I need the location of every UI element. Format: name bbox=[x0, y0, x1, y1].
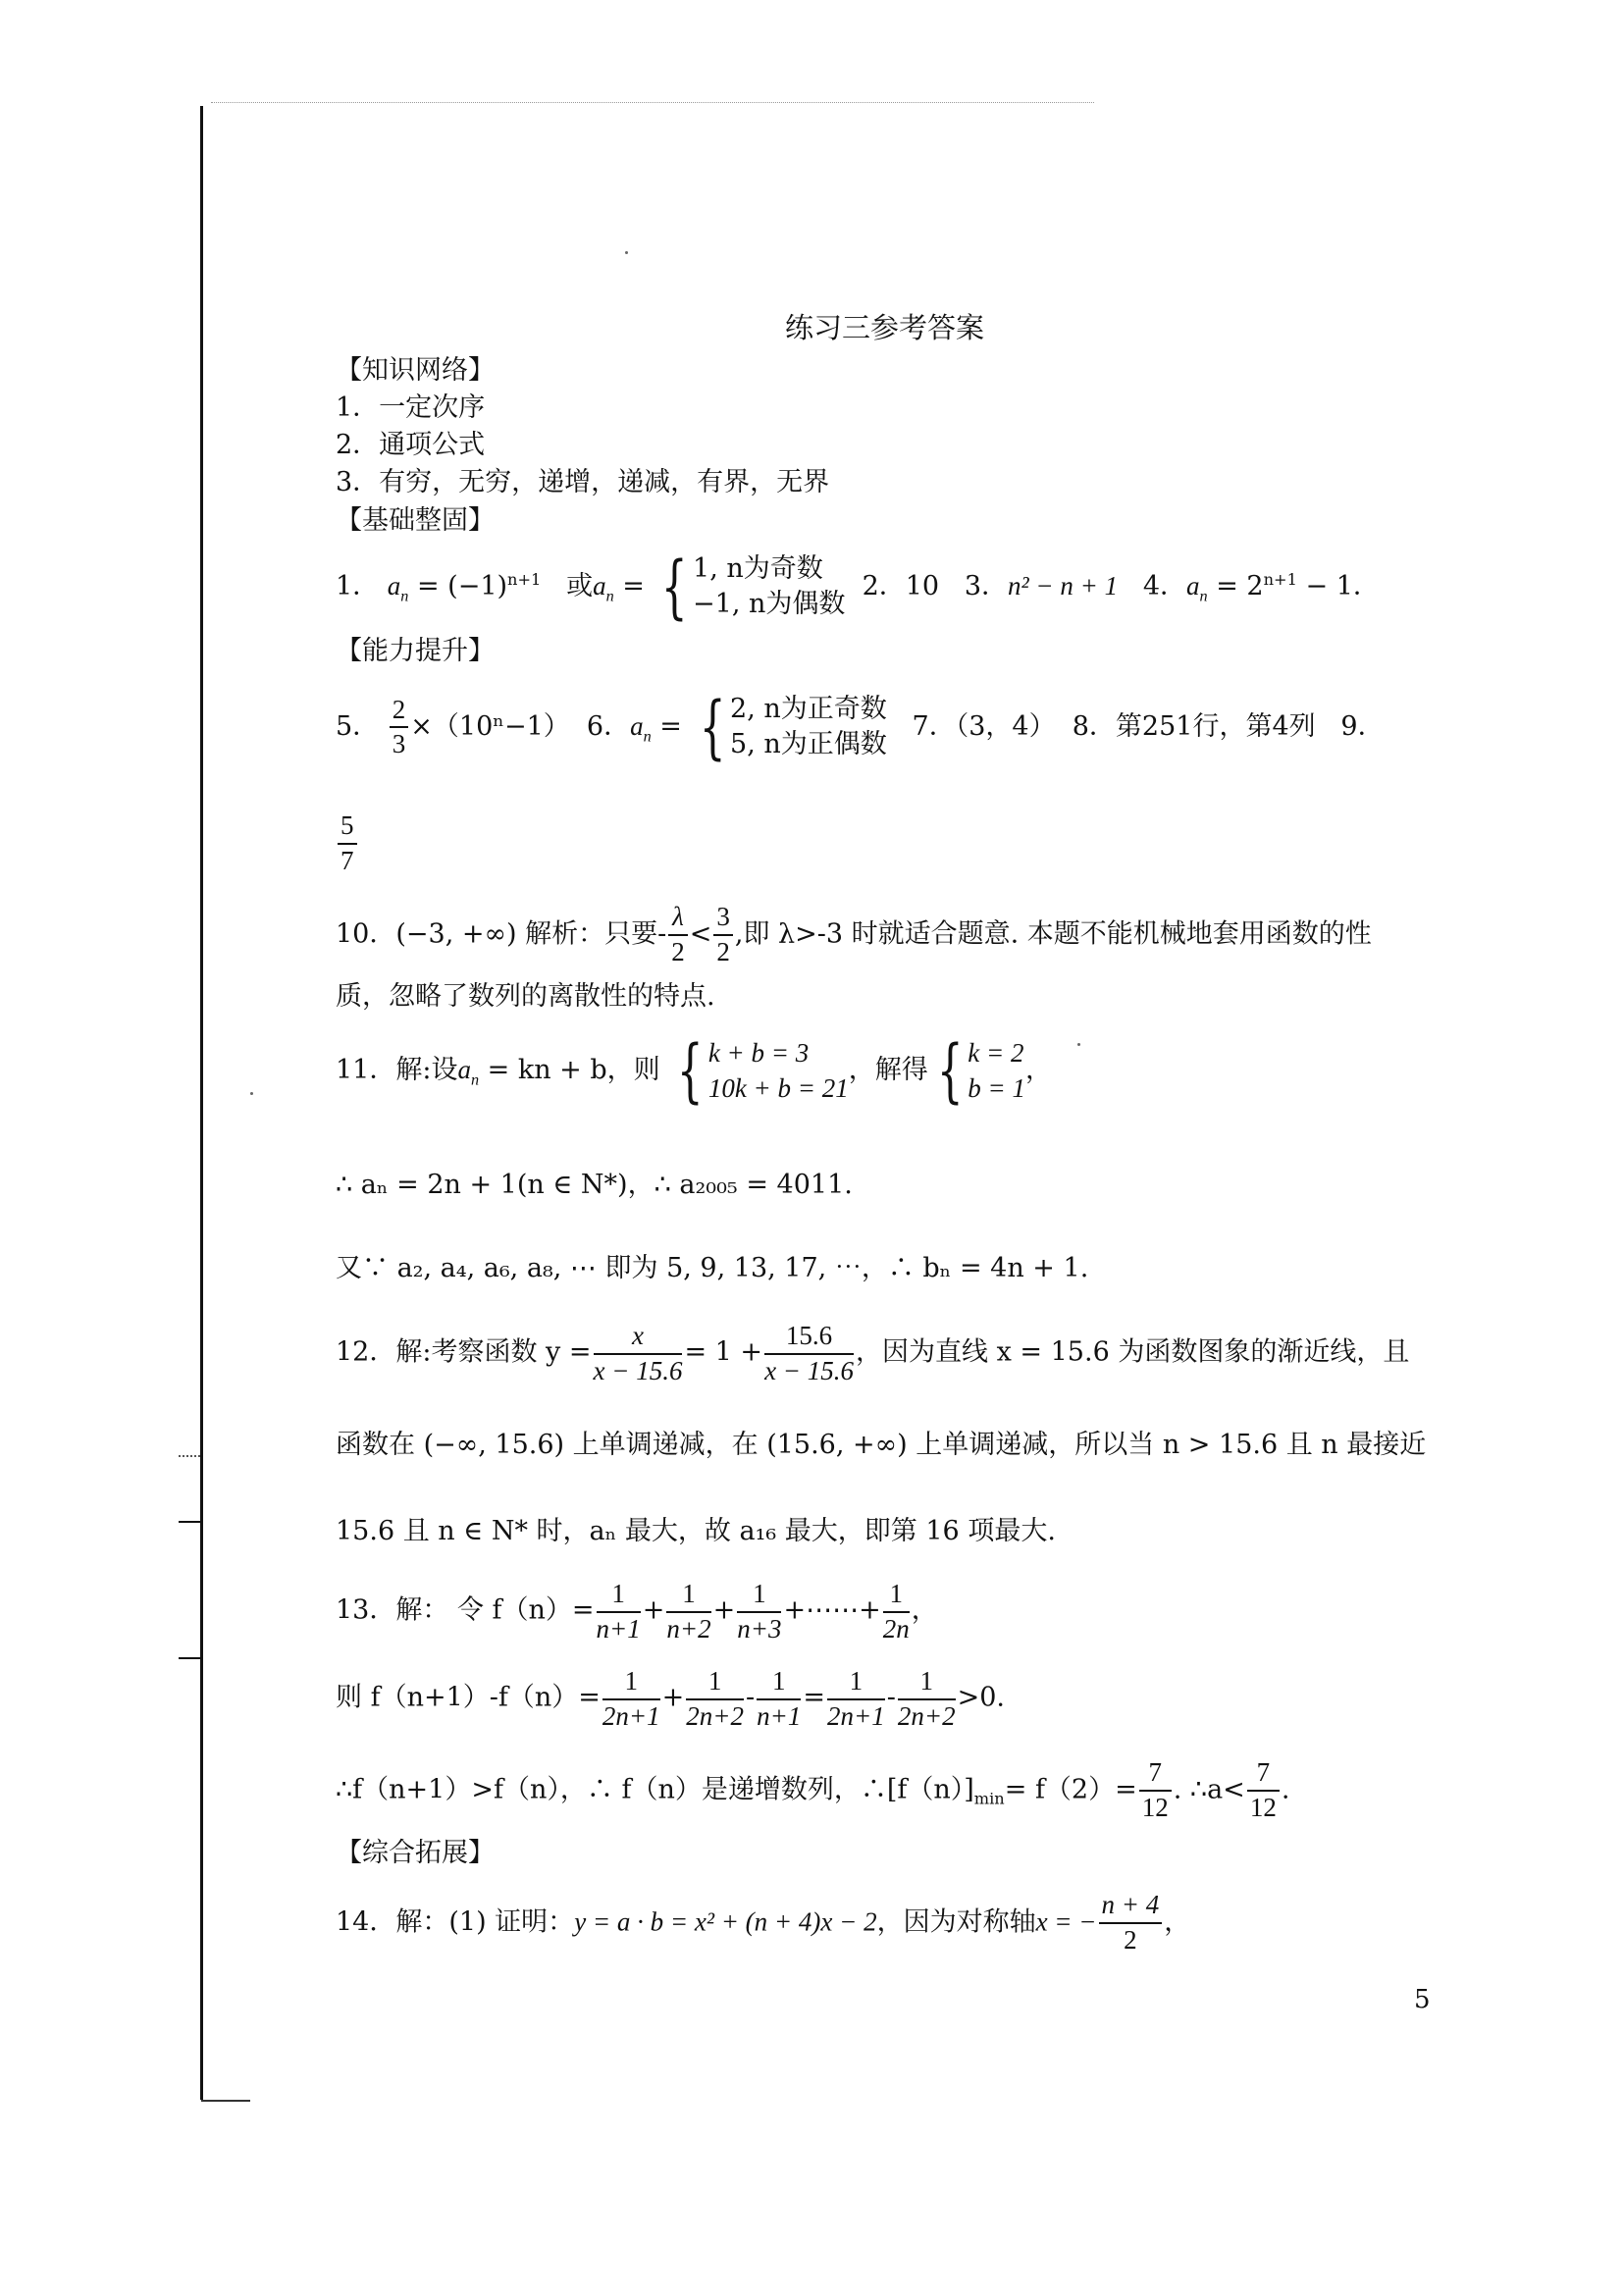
brace-icon: { bbox=[677, 1036, 704, 1105]
page-number: 5 bbox=[1414, 1985, 1431, 2014]
q9-answer: 57 bbox=[336, 809, 359, 878]
section-heading-extension: 【综合拓展】 bbox=[336, 1838, 495, 1869]
q3-answer: n² − n + 1 bbox=[1008, 571, 1118, 600]
section-heading-ability: 【能力提升】 bbox=[336, 636, 495, 667]
document-title: 练习三参考答案 bbox=[785, 306, 984, 346]
brace-icon: { bbox=[699, 693, 725, 761]
page-bottom-border bbox=[201, 2100, 250, 2102]
q10-line-2: 质，忽略了数列的离散性的特点. bbox=[336, 981, 715, 1013]
answer-line-1-4: 1． an = (−1)n+1 或an = { 1, n为奇数 −1, n为偶数… bbox=[336, 551, 1380, 623]
knowledge-item: 2．通项公式 bbox=[336, 430, 485, 461]
margin-tick bbox=[179, 1455, 200, 1457]
q11-line-2: ∴ aₙ = 2n + 1(n ∈ N*)，∴ a₂₀₀₅ = 4011. bbox=[336, 1170, 853, 1201]
q1-number: 1． bbox=[336, 571, 379, 601]
margin-tick bbox=[179, 1657, 200, 1659]
page-top-border bbox=[211, 102, 1094, 104]
q2-answer: 2．10 bbox=[863, 571, 940, 601]
section-heading-knowledge: 【知识网络】 bbox=[336, 355, 495, 387]
fraction: 57 bbox=[338, 809, 357, 878]
q11-line-3: 又∵ a₂, a₄, a₆, a₈, ⋯ 即为 5, 9, 13, 17, ⋯，… bbox=[336, 1253, 1088, 1284]
answer-line-5-9: 5． 23×（10ⁿ−1） 6．an = { 2, n为正奇数 5, n为正偶数… bbox=[336, 692, 1385, 763]
q6-piecewise: { 2, n为正奇数 5, n为正偶数 bbox=[691, 692, 887, 763]
q10-answer: (−3, +∞) bbox=[395, 918, 516, 949]
q14-line-1: 14．解：(1) 证明：y = a · b = x² + (n + 4)x − … bbox=[336, 1889, 1190, 1957]
brace-icon: { bbox=[661, 552, 688, 621]
q1-piecewise: { 1, n为奇数 −1, n为偶数 bbox=[653, 551, 845, 623]
knowledge-item: 3．有穷，无穷，递增，递减，有界，无界 bbox=[336, 467, 829, 498]
page-left-border bbox=[200, 106, 203, 2100]
q12-line-3: 15.6 且 n ∈ N* 时，aₙ 最大，故 a₁₆ 最大，即第 16 项最大… bbox=[336, 1516, 1056, 1547]
scan-speck bbox=[250, 1092, 253, 1095]
section-heading-basic: 【基础整固】 bbox=[336, 505, 495, 537]
scan-speck bbox=[625, 251, 628, 254]
q13-line-3: ∴f（n+1）>f（n），∴ f（n）是递增数列，∴[f（n）]min= f（2… bbox=[336, 1756, 1289, 1825]
q11-line-1: 11．解:设an = kn + b，则 {k + b = 310k + b = … bbox=[336, 1035, 1052, 1107]
q12-line-2: 函数在 (−∞, 15.6) 上单调递减，在 (15.6, +∞) 上单调递减，… bbox=[336, 1430, 1426, 1461]
fraction: 23 bbox=[390, 694, 409, 762]
knowledge-item: 1．一定次序 bbox=[336, 392, 485, 424]
q13-line-1: 13．解： 令 f（n）=1n+1+1n+2+1n+3+⋯⋯+12n， bbox=[336, 1578, 938, 1644]
brace-icon: { bbox=[937, 1036, 964, 1105]
scan-speck bbox=[1077, 1043, 1080, 1046]
q10-line-1: 10．(−3, +∞) 解析：只要-λ2<32,即 λ>-3 时就适合题意. 本… bbox=[336, 901, 1372, 969]
q12-line-1: 12．解:考察函数 y =xx − 15.6= 1 +15.6x − 15.6，… bbox=[336, 1320, 1409, 1386]
q13-line-2: 则 f（n+1）-f（n）=12n+1+12n+2-1n+1=12n+1-12n… bbox=[336, 1665, 1005, 1732]
margin-tick bbox=[179, 1521, 200, 1523]
